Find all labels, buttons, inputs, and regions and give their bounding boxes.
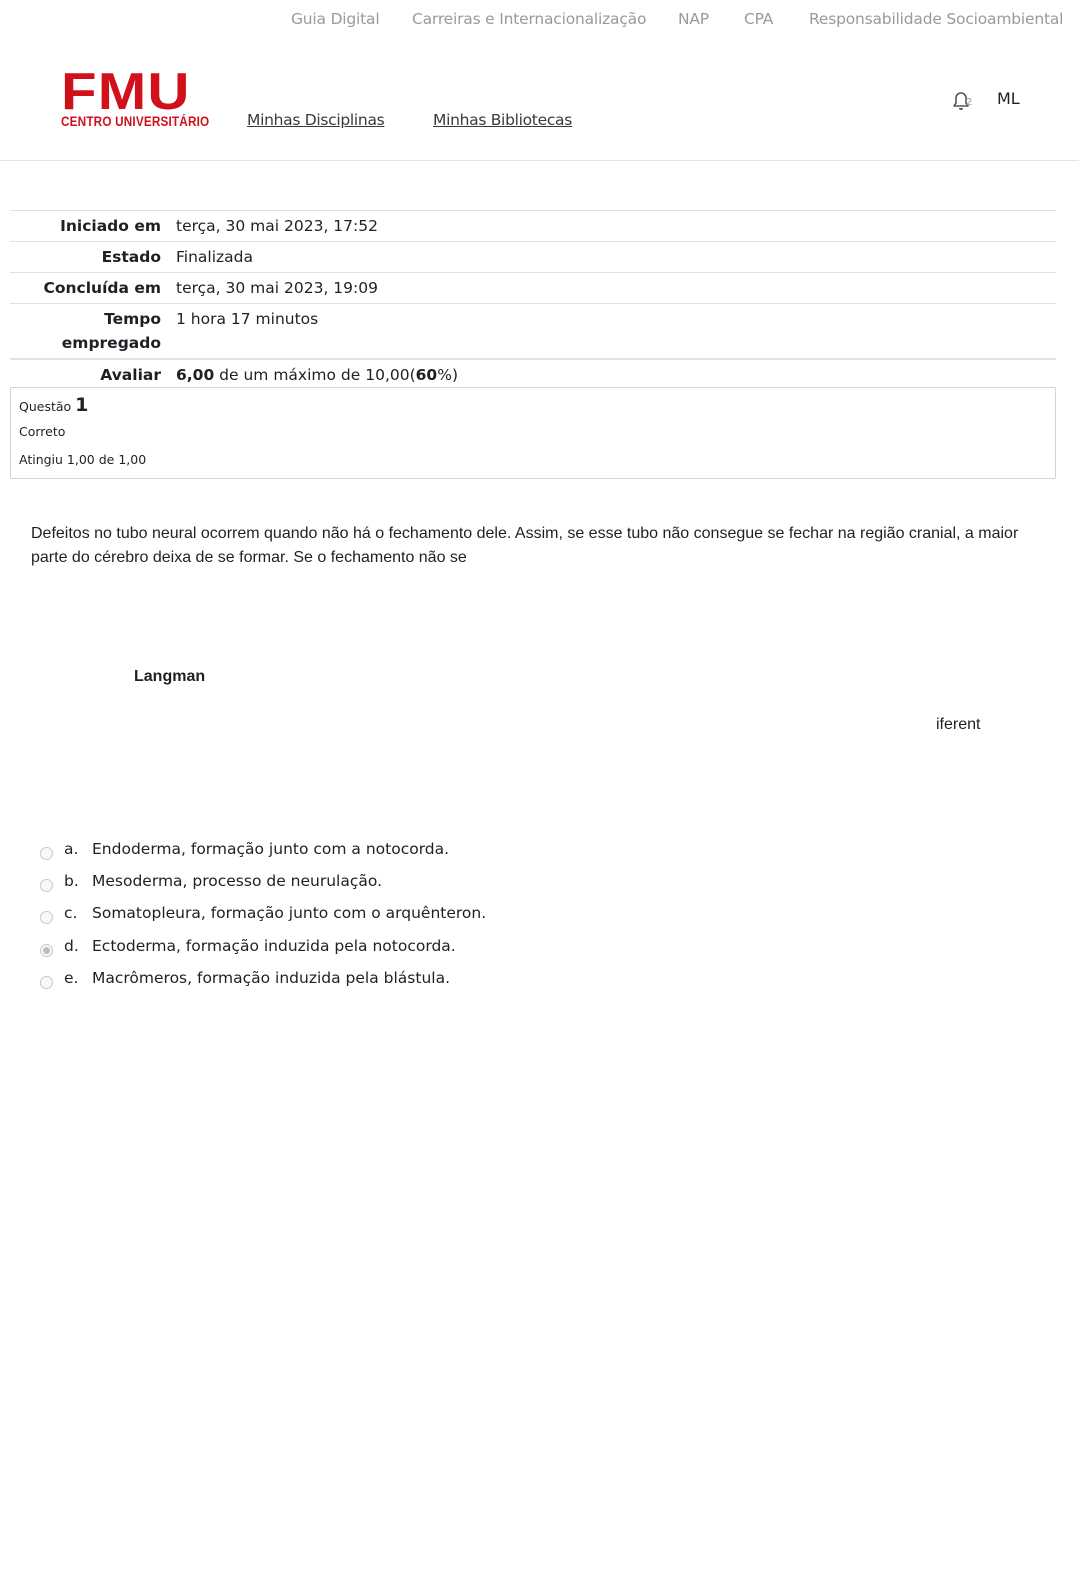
nav-minhas-bibliotecas[interactable]: Minhas Bibliotecas: [433, 111, 572, 129]
summary-row-grade: Avaliar 6,00 de um máximo de 10,00(60%): [10, 359, 1056, 390]
notification-count: 2: [966, 97, 972, 108]
radio-button[interactable]: [40, 911, 53, 924]
answer-text: Endoderma, formação junto com a notocord…: [92, 840, 449, 858]
top-links-bar: Guia Digital Carreiras e Internacionaliz…: [0, 0, 1079, 40]
time-label: Tempo empregado: [10, 304, 176, 360]
answer-text: Ectoderma, formação induzida pela notoco…: [92, 937, 456, 955]
radio-button-selected[interactable]: [40, 944, 53, 957]
logo-subtitle: CENTRO UNIVERSITÁRIO: [61, 114, 209, 129]
question-number: Questão 1: [19, 394, 88, 416]
fmu-logo[interactable]: FMU CENTRO UNIVERSITÁRIO: [61, 73, 198, 131]
time-value: 1 hora 17 minutos: [176, 304, 1056, 360]
top-link-responsabilidade[interactable]: Responsabilidade Socioambiental: [809, 10, 1063, 28]
started-value: terça, 30 mai 2023, 17:52: [176, 211, 1056, 242]
grade-suffix: %): [437, 366, 458, 384]
question-state: Correto: [19, 424, 65, 439]
question-prefix: Questão: [19, 399, 71, 414]
completed-label: Concluída em: [10, 273, 176, 304]
summary-row-state: Estado Finalizada: [10, 242, 1056, 273]
question-grade: Atingiu 1,00 de 1,00: [19, 452, 146, 467]
answer-letter: e.: [64, 969, 78, 987]
question-text-fragment: iferent: [936, 716, 980, 734]
answer-letter: c.: [64, 904, 77, 922]
question-info-box: Questão 1 Correto Atingiu 1,00 de 1,00: [10, 387, 1056, 479]
nav-minhas-disciplinas[interactable]: Minhas Disciplinas: [247, 111, 384, 129]
answer-letter: a.: [64, 840, 78, 858]
user-menu[interactable]: ML: [997, 89, 1020, 108]
radio-button[interactable]: [40, 879, 53, 892]
site-header: FMU CENTRO UNIVERSITÁRIO Minhas Discipli…: [0, 40, 1079, 161]
summary-row-completed: Concluída em terça, 30 mai 2023, 19:09: [10, 273, 1056, 304]
state-value: Finalizada: [176, 242, 1056, 273]
question-text-fragment-bold: Langman: [134, 668, 205, 686]
top-link-guia-digital[interactable]: Guia Digital: [291, 10, 379, 28]
answer-letter: b.: [64, 872, 79, 890]
answer-text: Somatopleura, formação junto com o arquê…: [92, 904, 486, 922]
top-link-nap[interactable]: NAP: [678, 10, 709, 28]
grade-middle: de um máximo de 10,00(: [214, 366, 415, 384]
radio-button[interactable]: [40, 976, 53, 989]
top-link-cpa[interactable]: CPA: [744, 10, 773, 28]
grade-score: 6,00: [176, 366, 214, 384]
question-text: Defeitos no tubo neural ocorrem quando n…: [31, 522, 1031, 570]
answer-letter: d.: [64, 937, 79, 955]
grade-value: 6,00 de um máximo de 10,00(60%): [176, 359, 1056, 390]
completed-value: terça, 30 mai 2023, 19:09: [176, 273, 1056, 304]
logo-wordmark: FMU: [61, 67, 191, 117]
question-number-value: 1: [75, 394, 88, 416]
answer-text: Mesoderma, processo de neurulação.: [92, 872, 382, 890]
top-link-carreiras[interactable]: Carreiras e Internacionalização: [412, 10, 646, 28]
answer-text: Macrômeros, formação induzida pela blást…: [92, 969, 450, 987]
attempt-summary-table: Iniciado em terça, 30 mai 2023, 17:52 Es…: [10, 210, 1056, 390]
summary-row-started: Iniciado em terça, 30 mai 2023, 17:52: [10, 211, 1056, 242]
summary-row-time: Tempo empregado 1 hora 17 minutos: [10, 304, 1056, 360]
state-label: Estado: [10, 242, 176, 273]
radio-button[interactable]: [40, 847, 53, 860]
started-label: Iniciado em: [10, 211, 176, 242]
grade-label: Avaliar: [10, 359, 176, 390]
grade-percent: 60: [416, 366, 438, 384]
